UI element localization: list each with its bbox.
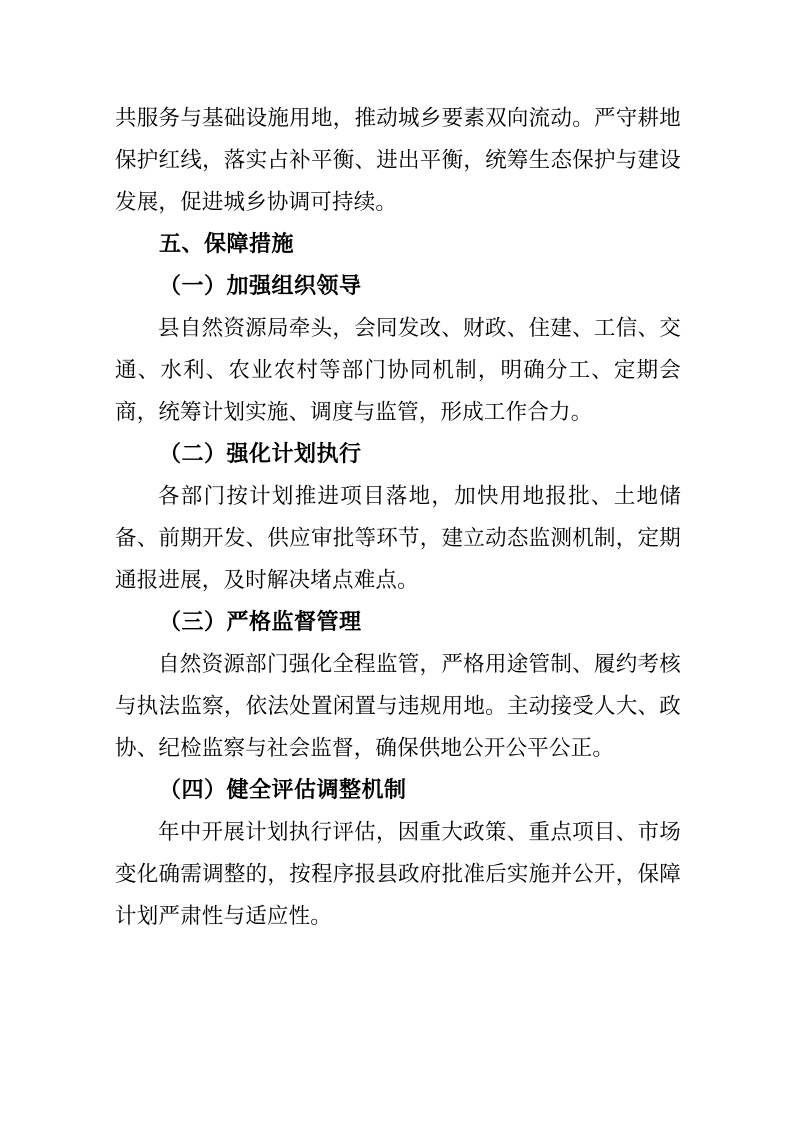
subsection-3-paragraph: 自然资源部门强化全程监管，严格用途管制、履约考核与执法监察，依法处置闲置与违规用… [115,643,681,769]
subsection-2-paragraph: 各部门按计划推进项目落地，加快用地报批、土地储备、前期开发、供应审批等环节，建立… [115,475,681,601]
subsection-1-heading: （一）加强组织领导 [115,265,681,307]
section-heading: 五、保障措施 [115,223,681,265]
continuation-paragraph: 共服务与基础设施用地，推动城乡要素双向流动。严守耕地保护红线，落实占补平衡、进出… [115,97,681,223]
document-page: 共服务与基础设施用地，推动城乡要素双向流动。严守耕地保护红线，落实占补平衡、进出… [0,0,793,1122]
subsection-4-heading: （四）健全评估调整机制 [115,769,681,811]
subsection-2-heading: （二）强化计划执行 [115,433,681,475]
subsection-4-paragraph: 年中开展计划执行评估，因重大政策、重点项目、市场变化确需调整的，按程序报县政府批… [115,811,681,937]
subsection-1-paragraph: 县自然资源局牵头，会同发改、财政、住建、工信、交通、水利、农业农村等部门协同机制… [115,307,681,433]
subsection-3-heading: （三）严格监督管理 [115,601,681,643]
